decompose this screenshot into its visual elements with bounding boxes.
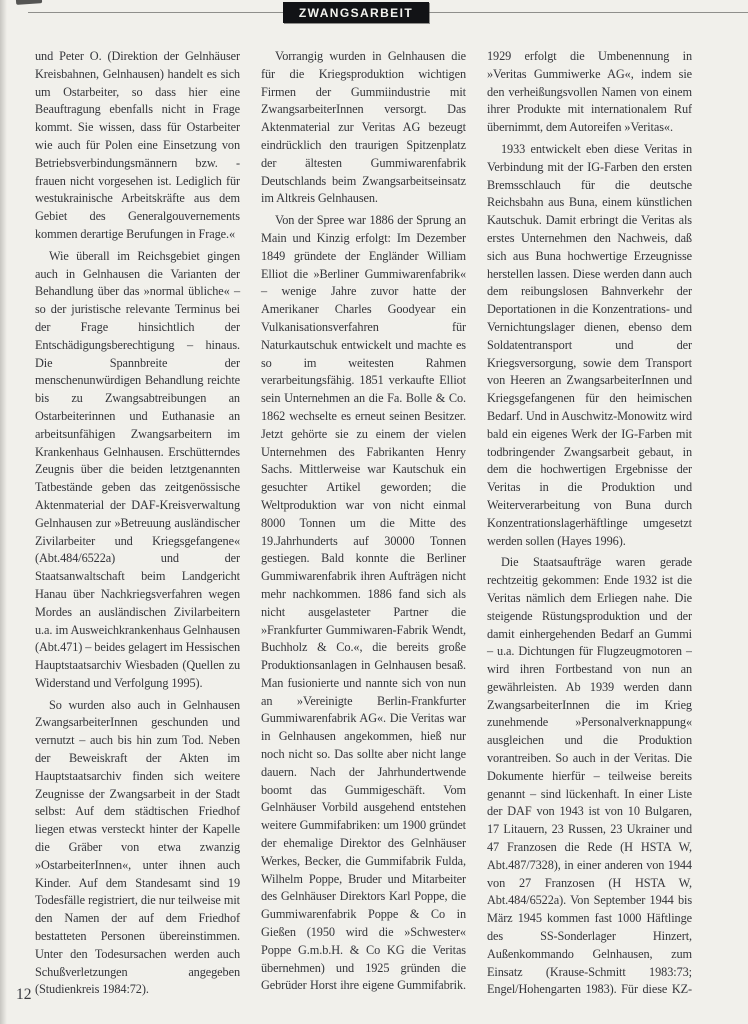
- scanned-page: ZWANGSARBEIT und Peter O. (Direktion der…: [0, 0, 748, 1024]
- chapter-title: ZWANGSARBEIT: [299, 6, 413, 20]
- scan-edge-shading: [0, 0, 7, 1024]
- article-text-columns: und Peter O. (Direktion der Gelnhäuser K…: [35, 48, 692, 1010]
- paragraph: So wurden also auch in Gelnhausen Zwangs…: [35, 697, 240, 1000]
- paragraph: 1933 entwickelt eben diese Veritas in Ve…: [487, 141, 692, 550]
- scan-corner-smudge: [16, 0, 42, 5]
- paragraph: und Peter O. (Direktion der Gelnhäuser K…: [35, 48, 240, 244]
- chapter-header: ZWANGSARBEIT: [283, 2, 429, 23]
- paragraph: Wie überall im Reichsgebiet gingen auch …: [35, 248, 240, 693]
- page-number: 12: [16, 986, 32, 1004]
- paragraph: Vorrangig wurden in Gelnhausen die für d…: [261, 48, 466, 208]
